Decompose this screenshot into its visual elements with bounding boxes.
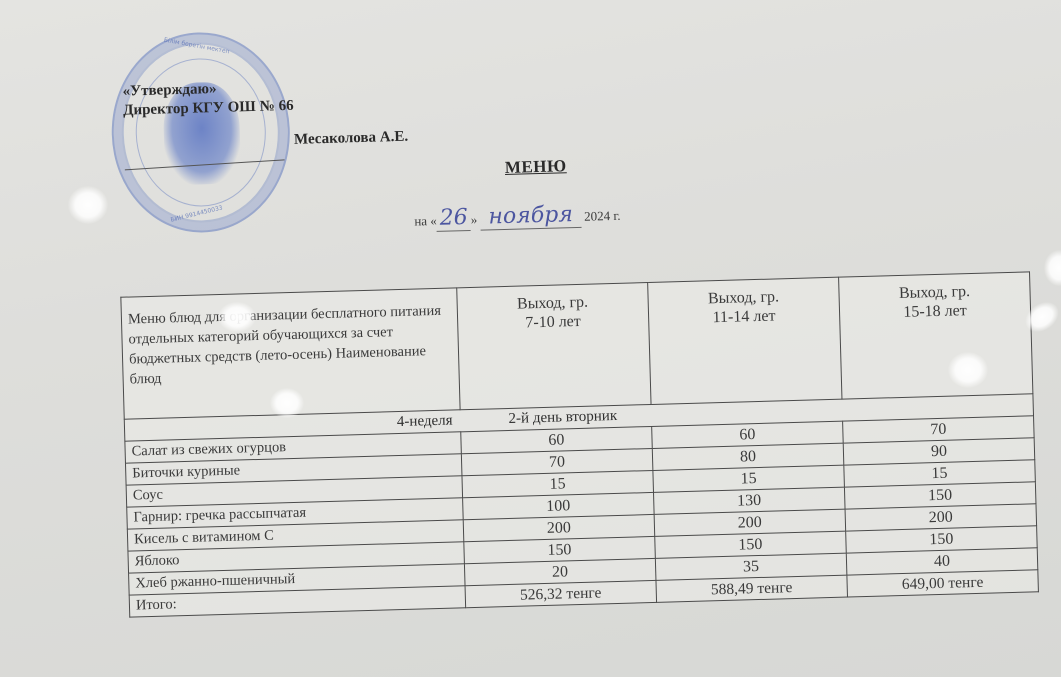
total-15-18: 649,00 тенге xyxy=(847,570,1039,597)
date-mid: » xyxy=(471,212,478,227)
total-11-14: 588,49 тенге xyxy=(656,575,848,602)
light-glare xyxy=(68,186,108,224)
approval-heading: «Утверждаю» xyxy=(122,81,216,100)
page-title: МЕНЮ xyxy=(505,156,567,178)
light-glare xyxy=(218,302,256,332)
date-month-handwritten: ноября xyxy=(480,202,581,231)
header-line1: Выход, гр. xyxy=(708,288,780,307)
stamp-ring-text: Білім беретін мектеп xyxy=(163,37,230,56)
total-7-10: 526,32 тенге xyxy=(465,580,657,607)
school-number: № 66 xyxy=(260,98,294,115)
menu-table: Меню блюд для организации бесплатного пи… xyxy=(120,271,1039,617)
column-header-11-14: Выход, гр. 11-14 лет xyxy=(648,277,842,404)
stamp-bottom-text: БИН 9914450033 xyxy=(170,204,223,223)
date-prefix: на « xyxy=(414,213,437,229)
header-line1: Выход, гр. xyxy=(517,294,589,313)
header-line2: 15-18 лет xyxy=(903,302,967,321)
date-day-handwritten: 26 xyxy=(436,205,471,232)
director-name: Месаколова А.Е. xyxy=(294,129,409,149)
column-header-15-18: Выход, гр. 15-18 лет xyxy=(839,272,1033,399)
approval-block: «Утверждаю» Директор КГУ ОШ№ 66 xyxy=(122,78,294,121)
date-year: 2024 г. xyxy=(584,208,621,224)
header-line2: 7-10 лет xyxy=(525,313,581,332)
menu-date: на «26» ноября 2024 г. xyxy=(414,201,621,232)
menu-document: Білім беретін мектеп БИН 9914450033 «Утв… xyxy=(0,0,1061,677)
header-line1: Выход, гр. xyxy=(899,283,971,302)
light-glare xyxy=(948,352,988,388)
header-line2: 11-14 лет xyxy=(712,307,775,326)
day-label: 2-й день вторник xyxy=(508,408,617,427)
light-glare xyxy=(270,388,304,418)
official-stamp: Білім беретін мектеп БИН 9914450033 xyxy=(109,30,293,235)
column-header-7-10: Выход, гр. 7-10 лет xyxy=(457,283,651,410)
week-label: 4-неделя xyxy=(397,413,453,431)
director-title: Директор КГУ ОШ xyxy=(123,99,256,119)
